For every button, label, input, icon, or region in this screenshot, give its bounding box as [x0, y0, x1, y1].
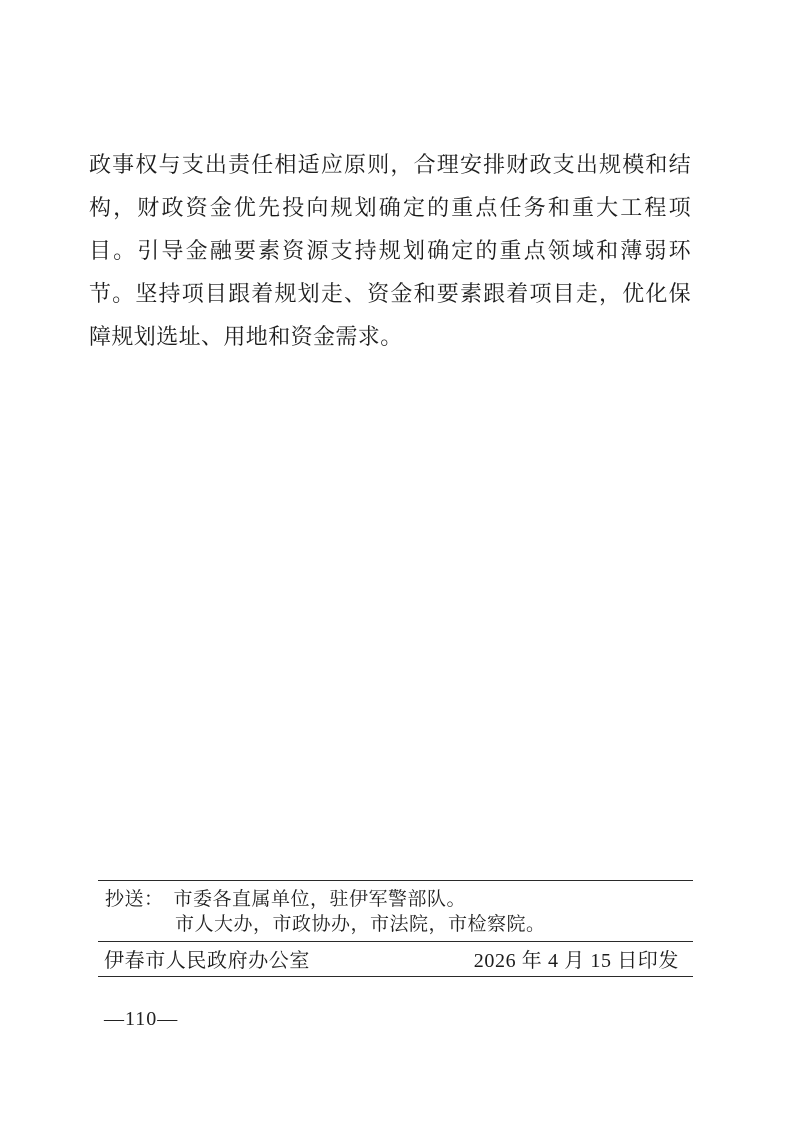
document-page: 政事权与支出责任相适应原则，合理安排财政支出规模和结构，财政资金优先投向规划确定… [0, 0, 793, 1122]
copy-to-label: 抄送： [105, 888, 164, 912]
issuer-name: 伊春市人民政府办公室 [104, 944, 310, 973]
copy-to-line-1: 市委各直属单位，驻伊军警部队。 [174, 888, 467, 912]
distribution-footer: 抄送： 市委各直属单位，驻伊军警部队。 市人大办，市政协办，市法院，市检察院。 … [98, 880, 693, 977]
print-date: 2026 年 4 月 15 日印发 [474, 944, 679, 973]
copy-to-row-2: 市人大办，市政协办，市法院，市检察院。 [98, 912, 693, 942]
copy-to-line-2: 市人大办，市政协办，市法院，市检察院。 [175, 913, 546, 937]
issue-row: 伊春市人民政府办公室 2026 年 4 月 15 日印发 [98, 942, 693, 977]
copy-to-row-1: 抄送： 市委各直属单位，驻伊军警部队。 [98, 881, 693, 912]
page-number: —110— [104, 1008, 178, 1031]
body-paragraph: 政事权与支出责任相适应原则，合理安排财政支出规模和结构，财政资金优先投向规划确定… [89, 143, 691, 358]
